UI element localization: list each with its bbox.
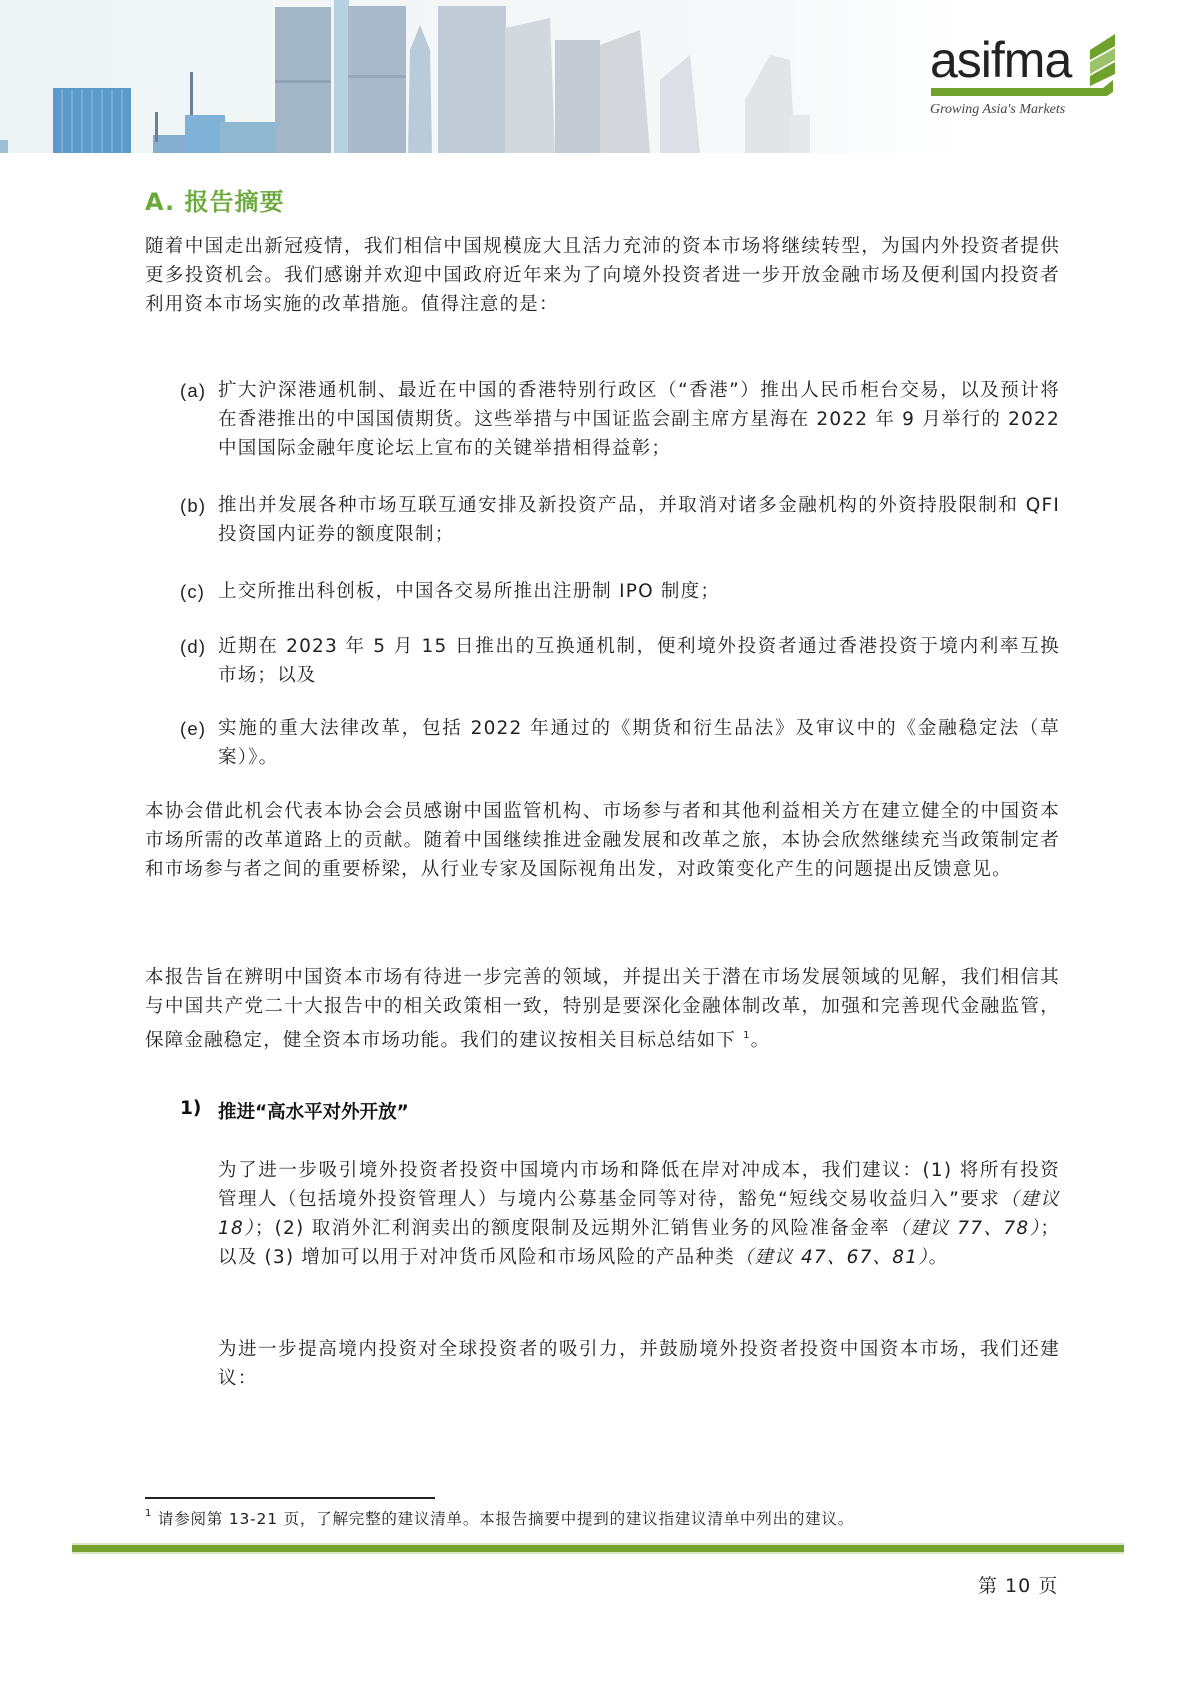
list-item: (a) 扩大沪深港通机制、最近在中国的香港特别行政区（“香港”）推出人民币柜台交…	[180, 376, 1060, 463]
footnote-divider	[145, 1497, 435, 1499]
list-item-text: 上交所推出科创板，中国各交易所推出注册制 IPO 制度；	[218, 577, 1060, 606]
rec-ref: （建议 77、78）	[890, 1218, 1040, 1239]
page-number: 第 10 页	[978, 1571, 1058, 1598]
purpose-end: 。	[751, 1030, 771, 1051]
list-item: (e) 实施的重大法律改革，包括 2022 年通过的《期货和衍生品法》及审议中的…	[180, 714, 1060, 772]
list-item: (d) 近期在 2023 年 5 月 15 日推出的互换通机制，便利境外投资者通…	[180, 632, 1060, 690]
footnote-ref[interactable]: 1	[743, 1030, 751, 1041]
rec-ref: （建议 47、67、81）	[735, 1247, 929, 1268]
list-item-text: 扩大沪深港通机制、最近在中国的香港特别行政区（“香港”）推出人民币柜台交易，以及…	[218, 376, 1060, 463]
subsection-number: 1)	[180, 1098, 218, 1124]
list-item-label: (a)	[180, 376, 218, 463]
acknowledgement-paragraph: 本协会借此机会代表本协会会员感谢中国监管机构、市场参与者和其他利益相关方在建立健…	[145, 797, 1060, 884]
footnote-text: 请参阅第 13-21 页，了解完整的建议清单。本报告摘要中提到的建议指建议清单中…	[152, 1510, 854, 1528]
asifma-logo: asifma Growing Asia's Markets	[925, 30, 1125, 125]
logo-tagline: Growing Asia's Markets	[930, 102, 1065, 118]
footnote: 1 请参阅第 13-21 页，了解完整的建议清单。本报告摘要中提到的建议指建议清…	[145, 1507, 854, 1529]
recommendation-paragraph: 为了进一步吸引境外投资者投资中国境内市场和降低在岸对冲成本，我们建议：(1) 将…	[218, 1156, 1060, 1272]
list-item-label: (e)	[180, 714, 218, 772]
list-item-label: (b)	[180, 491, 218, 549]
list-item-text: 实施的重大法律改革，包括 2022 年通过的《期货和衍生品法》及审议中的《金融稳…	[218, 714, 1060, 772]
purpose-text: 本报告旨在辨明中国资本市场有待进一步完善的领域，并提出关于潜在市场发展领域的见解…	[145, 967, 1060, 1051]
rec-text: 为了进一步吸引境外投资者投资中国境内市场和降低在岸对冲成本，我们建议：(1) 将…	[218, 1160, 1060, 1210]
intro-paragraph: 随着中国走出新冠疫情，我们相信中国规模庞大且活力充沛的资本市场将继续转型，为国内…	[145, 232, 1060, 319]
list-item-label: (c)	[180, 577, 218, 606]
list-item-text: 推出并发展各种市场互联互通安排及新投资产品，并取消对诸多金融机构的外资持股限制和…	[218, 491, 1060, 549]
list-item: (b) 推出并发展各种市场互联互通安排及新投资产品，并取消对诸多金融机构的外资持…	[180, 491, 1060, 549]
section-title: A. 报告摘要	[145, 182, 285, 217]
logo-stripes-icon	[925, 30, 1125, 100]
subsection-title: 推进“高水平对外开放”	[218, 1098, 409, 1124]
list-item-label: (d)	[180, 632, 218, 690]
header-banner: asifma Growing Asia's Markets	[0, 0, 1200, 153]
list-item-text: 近期在 2023 年 5 月 15 日推出的互换通机制，便利境外投资者通过香港投…	[218, 632, 1060, 690]
subsection-heading: 1) 推进“高水平对外开放”	[180, 1098, 409, 1124]
list-item: (c) 上交所推出科创板，中国各交易所推出注册制 IPO 制度；	[180, 577, 1060, 606]
rec-text: ；(2) 取消外汇利润卖出的额度限制及远期外汇销售业务的风险准备金率	[255, 1218, 890, 1239]
further-recommendation-paragraph: 为进一步提高境内投资对全球投资者的吸引力，并鼓励境外投资者投资中国资本市场，我们…	[218, 1335, 1060, 1393]
footer-green-bar	[72, 1545, 1124, 1552]
purpose-paragraph: 本报告旨在辨明中国资本市场有待进一步完善的领域，并提出关于潜在市场发展领域的见解…	[145, 963, 1060, 1055]
rec-text: 。	[929, 1247, 949, 1268]
